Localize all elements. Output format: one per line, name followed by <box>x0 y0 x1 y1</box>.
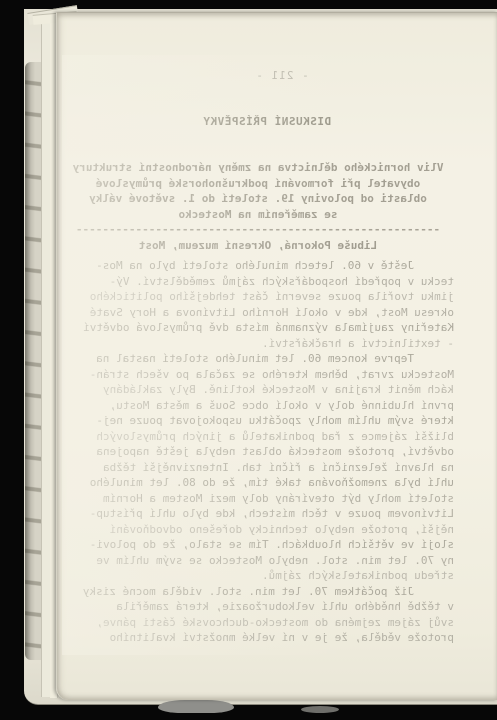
text-line: první hlubinné doly v okolí obce Souš a … <box>62 398 454 414</box>
text-line: ny 70. let min. stol. nebylo Mostecko se… <box>62 553 454 569</box>
text-line: v těžbě hnědého uhlí velkoburžoazie, kte… <box>62 599 454 615</box>
title-lines: Vliv hornického dělnictva na změny národ… <box>62 160 454 222</box>
text-line: jimku tvořila pouze severní část tehdejš… <box>62 289 454 305</box>
text-line: bližší zájemce z řad podnikatelů a jinýc… <box>62 429 454 445</box>
text-line: obyvatel při formování podkrušnohorské p… <box>62 176 454 192</box>
text-line: se zaměřením na Mostecko <box>62 207 454 223</box>
text-line: které svým uhlím mohly zpočátku uspokojo… <box>62 413 454 429</box>
text-line: Mostecku zvrat, během kterého se začala … <box>62 367 454 383</box>
text-line: Ještě v 60. letech minulého století bylo… <box>62 258 454 274</box>
title-block: Vliv hornického dělnictva na změny národ… <box>62 160 454 253</box>
paragraph: Teprve koncem 60. let minulého století n… <box>62 351 454 584</box>
text-line: protože věděla, že je v ní velké množstv… <box>62 630 454 646</box>
section-heading: DISKUSNÍ PŘÍSPĚVKY <box>71 114 463 130</box>
text-line: Kateřiny zaujímala významná místa dvě pr… <box>62 320 454 336</box>
page-number: - 211 - <box>86 68 478 84</box>
paragraph: Ještě v 60. letech minulého století bylo… <box>62 258 454 351</box>
text-line: století mohly být otevírány doly mezi Mo… <box>62 491 454 507</box>
text-line: Již počátkem 70. let min. stol. viděla m… <box>62 584 454 600</box>
text-line: Teprve koncem 60. let minulého století n… <box>62 351 454 367</box>
body-text: Ještě v 60. letech minulého století bylo… <box>62 258 454 646</box>
text-line: kách měnit krajina v Mostecké kotlině. B… <box>62 382 454 398</box>
text-line: Vliv hornického dělnictva na změny národ… <box>62 160 454 176</box>
text-line: Litvínovem pouze v těch místech, kde byl… <box>62 506 454 522</box>
text-line: svůj zájem zejména do mostecko-duchcovsk… <box>62 615 454 631</box>
text-line: středu podnikatelských zájmů. <box>62 568 454 584</box>
text-line: oblasti od poloviny 19. století do 1. sv… <box>62 191 454 207</box>
author-line: Libuše Pokorná, Okresní muzeum, Most <box>62 238 454 254</box>
text-line: uhlí byla znemožňována také tím, že do 8… <box>62 475 454 491</box>
text-line: na hlavní železniční a říční tah. Intenz… <box>62 460 454 476</box>
scanned-book-photo: - 211 - DISKUSNÍ PŘÍSPĚVKY Vliv hornické… <box>0 0 497 720</box>
text-line: - textilnictví a hračkářství. <box>62 336 454 352</box>
text-line: odvětví, protože mostecká oblast nebyla … <box>62 444 454 460</box>
title-underline: ----------------------------------------… <box>62 222 454 238</box>
book-deckle-edge <box>25 62 42 660</box>
paragraph: Již počátkem 70. let min. stol. viděla m… <box>62 584 454 646</box>
show-through-text-layer: - 211 - DISKUSNÍ PŘÍSPĚVKY Vliv hornické… <box>62 0 454 720</box>
text-line: tecku v popředí hospodářských zájmů země… <box>62 274 454 290</box>
text-line: slojí ve větších hloubkách. Tím se stalo… <box>62 537 454 553</box>
text-line: okresu Most, kde v okolí Horního Litvíno… <box>62 305 454 321</box>
text-line: nější, protože nebylo technicky dořešeno… <box>62 522 454 538</box>
